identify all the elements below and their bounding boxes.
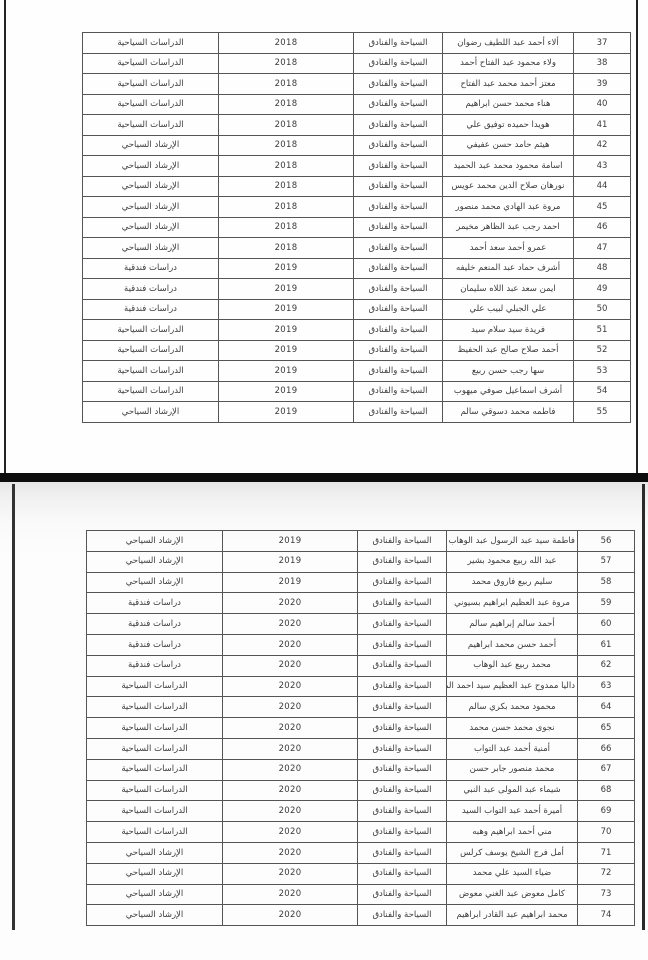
table-row: 45مروة عبد الهادي محمد منصورالسياحة والف… (83, 197, 631, 218)
cell-faculty: السياحة والفنادق (358, 551, 447, 572)
cell-faculty: السياحة والفنادق (358, 905, 447, 926)
table-row: 69أميرة أحمد عبد التواب السيدالسياحة وال… (87, 801, 635, 822)
cell-faculty: السياحة والفنادق (354, 381, 443, 402)
table-row: 48أشرف حماد عبد المنعم خليفهالسياحة والف… (83, 258, 631, 279)
cell-year: 2020 (223, 801, 358, 822)
cell-number: 53 (574, 361, 631, 382)
cell-faculty: السياحة والفنادق (354, 238, 443, 259)
cell-faculty: السياحة والفنادق (358, 593, 447, 614)
cell-department: الإرشاد السياحي (87, 551, 223, 572)
cell-department: دراسات فندقية (83, 299, 219, 320)
students-table-page-2: 56فاطمة سيد عبد الرسول عبد الوهابالسياحة… (86, 530, 635, 926)
cell-number: 72 (578, 863, 635, 884)
table-row: 74محمد ابراهيم عبد القادر ابراهيمالسياحة… (87, 905, 635, 926)
cell-department: الدراسات السياحية (87, 718, 223, 739)
table-body: 56فاطمة سيد عبد الرسول عبد الوهابالسياحة… (87, 531, 635, 926)
cell-department: الإرشاد السياحي (87, 531, 223, 552)
table-row: 46احمد رجب عبد الظاهر مخيمرالسياحة والفن… (83, 217, 631, 238)
cell-faculty: السياحة والفنادق (354, 361, 443, 382)
cell-name: أحمد سالم إبراهيم سالم (447, 614, 578, 635)
cell-faculty: السياحة والفنادق (358, 614, 447, 635)
cell-number: 55 (574, 402, 631, 423)
cell-department: الإرشاد السياحي (83, 238, 219, 259)
page-bottom: 56فاطمة سيد عبد الرسول عبد الوهابالسياحة… (0, 482, 648, 960)
cell-year: 2018 (219, 238, 354, 259)
cell-year: 2020 (223, 738, 358, 759)
table-row: 73كامل معوض عبد الغني معوضالسياحة والفنا… (87, 884, 635, 905)
cell-department: الدراسات السياحية (87, 801, 223, 822)
cell-name: محمد منصور جابر حسن (447, 759, 578, 780)
table-row: 40هناء محمد حسن ابراهيمالسياحة والفنادق2… (83, 94, 631, 115)
cell-year: 2020 (223, 905, 358, 926)
cell-department: الدراسات السياحية (83, 320, 219, 341)
cell-number: 49 (574, 279, 631, 300)
cell-year: 2019 (219, 299, 354, 320)
cell-department: الدراسات السياحية (83, 381, 219, 402)
cell-faculty: السياحة والفنادق (354, 74, 443, 95)
cell-department: الإرشاد السياحي (83, 156, 219, 177)
cell-number: 68 (578, 780, 635, 801)
table-row: 70مني أحمد ابراهيم وهبهالسياحة والفنادق2… (87, 822, 635, 843)
cell-number: 50 (574, 299, 631, 320)
cell-name: علي الجبلي لبيب علي (443, 299, 574, 320)
table-row: 44نورهان صلاح الدين محمد عويسالسياحة وال… (83, 176, 631, 197)
cell-faculty: السياحة والفنادق (358, 822, 447, 843)
table-row: 43اسامة محمود محمد عبد الحميدالسياحة وال… (83, 156, 631, 177)
cell-number: 57 (578, 551, 635, 572)
cell-name: سها رجب حسن ربيع (443, 361, 574, 382)
cell-year: 2020 (223, 634, 358, 655)
cell-number: 59 (578, 593, 635, 614)
cell-department: الإرشاد السياحي (83, 176, 219, 197)
cell-name: هيثم حامد حسن عفيفي (443, 135, 574, 156)
cell-year: 2018 (219, 197, 354, 218)
cell-number: 66 (578, 738, 635, 759)
page-top: 37ألاء أحمد عبد اللطيف رضوانالسياحة والف… (0, 0, 648, 473)
cell-year: 2020 (223, 718, 358, 739)
cell-number: 51 (574, 320, 631, 341)
cell-faculty: السياحة والفنادق (354, 135, 443, 156)
table-row: 63داليا ممدوح عبد العظيم سيد احمد المليج… (87, 676, 635, 697)
cell-name: سليم ربيع فاروق محمد (447, 572, 578, 593)
table-row: 53سها رجب حسن ربيعالسياحة والفنادق2019ال… (83, 361, 631, 382)
table-row: 62محمد ربيع عبد الوهابالسياحة والفنادق20… (87, 655, 635, 676)
cell-name: ضياء السيد علي محمد (447, 863, 578, 884)
cell-department: الدراسات السياحية (83, 33, 219, 54)
page-right-edge-line (636, 0, 638, 473)
cell-year: 2018 (219, 74, 354, 95)
cell-number: 44 (574, 176, 631, 197)
cell-faculty: السياحة والفنادق (358, 884, 447, 905)
cell-department: الدراسات السياحية (83, 340, 219, 361)
cell-name: أميرة أحمد عبد التواب السيد (447, 801, 578, 822)
cell-year: 2019 (219, 361, 354, 382)
cell-department: الدراسات السياحية (83, 115, 219, 136)
cell-number: 74 (578, 905, 635, 926)
table-row: 37ألاء أحمد عبد اللطيف رضوانالسياحة والف… (83, 33, 631, 54)
cell-year: 2019 (223, 551, 358, 572)
page-left-edge-line (12, 484, 15, 930)
table-row: 49ايمن سعد عبد اللاه سليمانالسياحة والفن… (83, 279, 631, 300)
cell-year: 2020 (223, 759, 358, 780)
table-row: 55فاطمه محمد دسوقي سالمالسياحة والفنادق2… (83, 402, 631, 423)
cell-faculty: السياحة والفنادق (358, 676, 447, 697)
cell-number: 54 (574, 381, 631, 402)
cell-department: الإرشاد السياحي (87, 572, 223, 593)
cell-year: 2019 (223, 531, 358, 552)
cell-department: دراسات فندقية (83, 279, 219, 300)
cell-department: الإرشاد السياحي (87, 884, 223, 905)
cell-department: دراسات فندقية (87, 614, 223, 635)
table-row: 64محمود محمد بكري سالمالسياحة والفنادق20… (87, 697, 635, 718)
table-row: 39معتز أحمد محمد عبد الفتاحالسياحة والفن… (83, 74, 631, 95)
cell-faculty: السياحة والفنادق (354, 115, 443, 136)
cell-name: ايمن سعد عبد اللاه سليمان (443, 279, 574, 300)
cell-year: 2020 (223, 655, 358, 676)
table-row: 57عبد الله ربيع محمود بشيرالسياحة والفنا… (87, 551, 635, 572)
cell-year: 2018 (219, 115, 354, 136)
cell-year: 2018 (219, 33, 354, 54)
cell-name: احمد رجب عبد الظاهر مخيمر (443, 217, 574, 238)
cell-year: 2020 (223, 593, 358, 614)
cell-name: أشرف حماد عبد المنعم خليفه (443, 258, 574, 279)
table-row: 67محمد منصور جابر حسنالسياحة والفنادق202… (87, 759, 635, 780)
cell-number: 61 (578, 634, 635, 655)
cell-faculty: السياحة والفنادق (354, 197, 443, 218)
page-separator-band (0, 473, 648, 482)
cell-department: الدراسات السياحية (83, 361, 219, 382)
cell-year: 2020 (223, 676, 358, 697)
cell-number: 67 (578, 759, 635, 780)
cell-department: الإرشاد السياحي (87, 863, 223, 884)
cell-department: الدراسات السياحية (83, 94, 219, 115)
cell-number: 48 (574, 258, 631, 279)
students-table-page-1: 37ألاء أحمد عبد اللطيف رضوانالسياحة والف… (82, 32, 631, 423)
cell-name: معتز أحمد محمد عبد الفتاح (443, 74, 574, 95)
cell-name: أمنية أحمد عبد التواب (447, 738, 578, 759)
cell-name: عبد الله ربيع محمود بشير (447, 551, 578, 572)
cell-year: 2018 (219, 156, 354, 177)
cell-faculty: السياحة والفنادق (354, 340, 443, 361)
cell-year: 2020 (223, 884, 358, 905)
cell-name: محمد ابراهيم عبد القادر ابراهيم (447, 905, 578, 926)
table-row: 38ولاء محمود عبد الفتاح أحمدالسياحة والف… (83, 53, 631, 74)
cell-year: 2018 (219, 176, 354, 197)
cell-year: 2018 (219, 217, 354, 238)
table-row: 72ضياء السيد علي محمدالسياحة والفنادق202… (87, 863, 635, 884)
cell-year: 2018 (219, 135, 354, 156)
cell-name: نجوى محمد حسن محمد (447, 718, 578, 739)
cell-year: 2019 (219, 402, 354, 423)
cell-name: مروة عبد الهادي محمد منصور (443, 197, 574, 218)
cell-name: أمل فرج الشيخ يوسف كرلس (447, 842, 578, 863)
cell-name: نورهان صلاح الدين محمد عويس (443, 176, 574, 197)
cell-year: 2020 (223, 780, 358, 801)
cell-year: 2019 (219, 258, 354, 279)
cell-faculty: السياحة والفنادق (354, 299, 443, 320)
cell-year: 2019 (219, 381, 354, 402)
cell-name: فريدة سيد سلام سيد (443, 320, 574, 341)
students-table-wrapper-1: 37ألاء أحمد عبد اللطيف رضوانالسياحة والف… (82, 32, 631, 423)
cell-number: 47 (574, 238, 631, 259)
cell-name: فاطمه محمد دسوقي سالم (443, 402, 574, 423)
table-row: 50علي الجبلي لبيب عليالسياحة والفنادق201… (83, 299, 631, 320)
cell-number: 70 (578, 822, 635, 843)
cell-department: الدراسات السياحية (87, 697, 223, 718)
cell-faculty: السياحة والفنادق (354, 53, 443, 74)
cell-name: مروة عبد العظيم ابراهيم بسيوني (447, 593, 578, 614)
cell-department: دراسات فندقية (87, 655, 223, 676)
page-right-edge-line (642, 484, 645, 930)
table-row: 66أمنية أحمد عبد التوابالسياحة والفنادق2… (87, 738, 635, 759)
cell-number: 43 (574, 156, 631, 177)
cell-faculty: السياحة والفنادق (358, 718, 447, 739)
cell-name: محمود محمد بكري سالم (447, 697, 578, 718)
cell-faculty: السياحة والفنادق (358, 863, 447, 884)
table-row: 60أحمد سالم إبراهيم سالمالسياحة والفنادق… (87, 614, 635, 635)
table-row: 41هويدا حميده توفيق عليالسياحة والفنادق2… (83, 115, 631, 136)
table-body: 37ألاء أحمد عبد اللطيف رضوانالسياحة والف… (83, 33, 631, 423)
cell-year: 2019 (223, 572, 358, 593)
cell-department: الإرشاد السياحي (83, 402, 219, 423)
cell-department: الدراسات السياحية (87, 780, 223, 801)
cell-department: الإرشاد السياحي (83, 217, 219, 238)
cell-number: 52 (574, 340, 631, 361)
cell-number: 56 (578, 531, 635, 552)
cell-name: شيماء عبد المولى عبد النبي (447, 780, 578, 801)
cell-department: الإرشاد السياحي (83, 135, 219, 156)
cell-number: 64 (578, 697, 635, 718)
cell-name: ألاء أحمد عبد اللطيف رضوان (443, 33, 574, 54)
cell-faculty: السياحة والفنادق (354, 217, 443, 238)
cell-department: دراسات فندقية (83, 258, 219, 279)
cell-year: 2020 (223, 614, 358, 635)
table-row: 47عمرو أحمد سعد أحمدالسياحة والفنادق2018… (83, 238, 631, 259)
cell-name: هناء محمد حسن ابراهيم (443, 94, 574, 115)
cell-number: 38 (574, 53, 631, 74)
cell-name: مني أحمد ابراهيم وهبه (447, 822, 578, 843)
table-row: 52أحمد صلاح صالح عبد الحفيظالسياحة والفن… (83, 340, 631, 361)
cell-department: الإرشاد السياحي (83, 197, 219, 218)
page-left-edge-line (4, 0, 6, 473)
cell-faculty: السياحة والفنادق (358, 759, 447, 780)
cell-number: 71 (578, 842, 635, 863)
cell-number: 62 (578, 655, 635, 676)
cell-year: 2020 (223, 822, 358, 843)
cell-faculty: السياحة والفنادق (358, 634, 447, 655)
cell-department: الدراسات السياحية (87, 822, 223, 843)
cell-number: 46 (574, 217, 631, 238)
cell-department: الإرشاد السياحي (87, 905, 223, 926)
cell-department: الدراسات السياحية (87, 738, 223, 759)
cell-name: عمرو أحمد سعد أحمد (443, 238, 574, 259)
cell-name: أشرف اسماعيل صوفي ميهوب (443, 381, 574, 402)
cell-department: دراسات فندقية (87, 634, 223, 655)
cell-department: الإرشاد السياحي (87, 842, 223, 863)
cell-year: 2020 (223, 697, 358, 718)
cell-year: 2019 (219, 320, 354, 341)
cell-faculty: السياحة والفنادق (358, 697, 447, 718)
cell-faculty: السياحة والفنادق (354, 279, 443, 300)
cell-name: داليا ممدوح عبد العظيم سيد احمد المليجي (447, 676, 578, 697)
cell-name: اسامة محمود محمد عبد الحميد (443, 156, 574, 177)
cell-faculty: السياحة والفنادق (354, 33, 443, 54)
cell-number: 69 (578, 801, 635, 822)
cell-number: 45 (574, 197, 631, 218)
cell-faculty: السياحة والفنادق (358, 572, 447, 593)
cell-name: كامل معوض عبد الغني معوض (447, 884, 578, 905)
cell-faculty: السياحة والفنادق (358, 531, 447, 552)
cell-faculty: السياحة والفنادق (354, 320, 443, 341)
table-row: 65نجوى محمد حسن محمدالسياحة والفنادق2020… (87, 718, 635, 739)
cell-number: 65 (578, 718, 635, 739)
table-row: 42هيثم حامد حسن عفيفيالسياحة والفنادق201… (83, 135, 631, 156)
cell-year: 2019 (219, 340, 354, 361)
cell-number: 73 (578, 884, 635, 905)
cell-department: الدراسات السياحية (87, 676, 223, 697)
cell-name: هويدا حميده توفيق علي (443, 115, 574, 136)
cell-name: أحمد حسن محمد ابراهيم (447, 634, 578, 655)
cell-number: 63 (578, 676, 635, 697)
table-row: 61أحمد حسن محمد ابراهيمالسياحة والفنادق2… (87, 634, 635, 655)
cell-faculty: السياحة والفنادق (358, 842, 447, 863)
cell-faculty: السياحة والفنادق (358, 801, 447, 822)
cell-number: 40 (574, 94, 631, 115)
cell-name: فاطمة سيد عبد الرسول عبد الوهاب (447, 531, 578, 552)
cell-name: أحمد صلاح صالح عبد الحفيظ (443, 340, 574, 361)
cell-faculty: السياحة والفنادق (354, 258, 443, 279)
cell-year: 2018 (219, 94, 354, 115)
cell-number: 41 (574, 115, 631, 136)
table-row: 71أمل فرج الشيخ يوسف كرلسالسياحة والفناد… (87, 842, 635, 863)
table-row: 54أشرف اسماعيل صوفي ميهوبالسياحة والفناد… (83, 381, 631, 402)
cell-faculty: السياحة والفنادق (354, 94, 443, 115)
cell-name: ولاء محمود عبد الفتاح أحمد (443, 53, 574, 74)
cell-number: 37 (574, 33, 631, 54)
cell-faculty: السياحة والفنادق (358, 655, 447, 676)
cell-year: 2019 (219, 279, 354, 300)
cell-number: 42 (574, 135, 631, 156)
table-row: 58سليم ربيع فاروق محمدالسياحة والفنادق20… (87, 572, 635, 593)
cell-year: 2020 (223, 842, 358, 863)
scanned-document: 37ألاء أحمد عبد اللطيف رضوانالسياحة والف… (0, 0, 648, 960)
table-row: 51فريدة سيد سلام سيدالسياحة والفنادق2019… (83, 320, 631, 341)
cell-number: 58 (578, 572, 635, 593)
cell-faculty: السياحة والفنادق (358, 780, 447, 801)
cell-department: دراسات فندقية (87, 593, 223, 614)
cell-department: الدراسات السياحية (83, 74, 219, 95)
table-row: 59مروة عبد العظيم ابراهيم بسيونيالسياحة … (87, 593, 635, 614)
table-row: 68شيماء عبد المولى عبد النبيالسياحة والف… (87, 780, 635, 801)
cell-faculty: السياحة والفنادق (354, 156, 443, 177)
table-row: 56فاطمة سيد عبد الرسول عبد الوهابالسياحة… (87, 531, 635, 552)
cell-department: الدراسات السياحية (83, 53, 219, 74)
cell-number: 39 (574, 74, 631, 95)
cell-department: الدراسات السياحية (87, 759, 223, 780)
cell-year: 2018 (219, 53, 354, 74)
cell-faculty: السياحة والفنادق (354, 402, 443, 423)
cell-name: محمد ربيع عبد الوهاب (447, 655, 578, 676)
students-table-wrapper-2: 56فاطمة سيد عبد الرسول عبد الوهابالسياحة… (86, 530, 635, 926)
cell-faculty: السياحة والفنادق (354, 176, 443, 197)
cell-faculty: السياحة والفنادق (358, 738, 447, 759)
cell-year: 2020 (223, 863, 358, 884)
cell-number: 60 (578, 614, 635, 635)
